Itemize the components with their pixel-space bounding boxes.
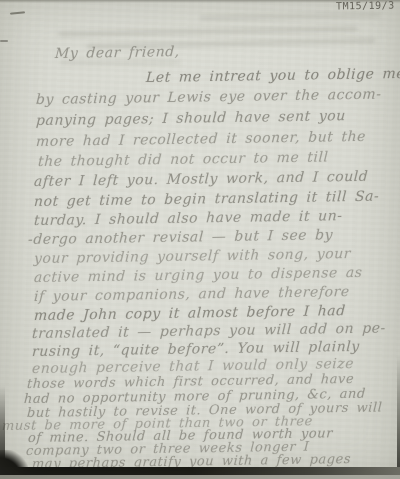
- letter-line: Let me intreat you to oblige me: [146, 66, 400, 86]
- letter-line: active mind is urging you to dispense as: [34, 265, 363, 286]
- scan-edge-bottom: [0, 467, 400, 475]
- bleed-through-marks: [200, 12, 380, 20]
- letter-line: by casting your Lewis eye over the accom…: [36, 87, 382, 108]
- letter-line: -dergo another revisal — but I see by: [28, 227, 334, 248]
- letter-line: the thought did not occur to me till: [38, 149, 329, 170]
- letter-line: your providing yourself with song, your: [34, 246, 352, 267]
- letter-line: not get time to begin translating it til…: [34, 189, 380, 210]
- letter-line: panying pages; I should have sent you: [36, 108, 347, 129]
- letter-line: if your companions, and have therefore: [34, 284, 351, 305]
- stray-ink-mark: [0, 40, 8, 42]
- bleed-through-marks: [58, 26, 358, 36]
- letter-line: more had I recollected it sooner, but th…: [36, 129, 367, 150]
- scan-edge-top: [0, 0, 400, 3]
- stray-ink-mark: [10, 11, 25, 14]
- salutation: My dear friend,: [55, 44, 181, 62]
- letter-line: turday. I should also have made it un-: [34, 208, 343, 229]
- letter-line: after I left you. Mostly work, and I cou…: [34, 169, 369, 190]
- letter-scan: TM15/19/3 My dear friend,Let me intreat …: [0, 0, 400, 479]
- scanner-bed-strip: [0, 475, 400, 479]
